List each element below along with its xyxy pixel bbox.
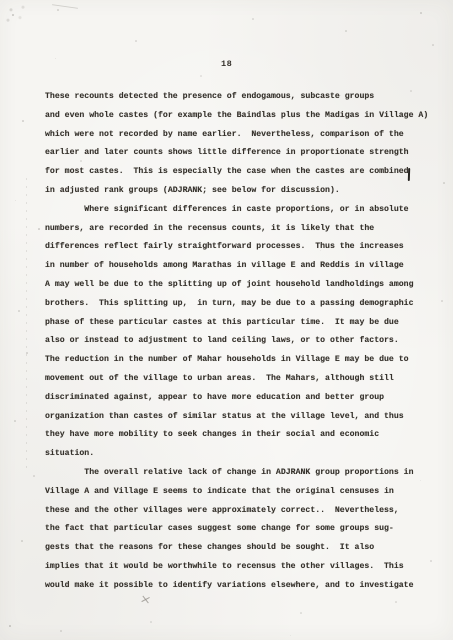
text-line: differences reflect fairly straightforwa… <box>45 238 437 257</box>
text-line: discriminated against, appear to have mo… <box>45 389 437 408</box>
ink-smudge <box>140 595 150 605</box>
text-line: these and the other villages were approx… <box>45 502 437 521</box>
text-line: situation. <box>45 445 437 464</box>
text-line: These recounts detected the presence of … <box>45 88 437 107</box>
text-line: earlier and later counts shows little di… <box>45 144 437 163</box>
text-line: they have more mobility to seek changes … <box>45 426 437 445</box>
scan-margin-artifact-line <box>26 178 27 473</box>
text-line: gests that the reasons for these changes… <box>45 539 437 558</box>
scan-streak <box>52 4 78 9</box>
text-line: The overall relative lack of change in A… <box>45 464 437 483</box>
text-line: would make it possible to identify varia… <box>45 577 437 596</box>
text-line: implies that it would be worthwhile to r… <box>45 558 437 577</box>
text-line: A may well be due to the splitting up of… <box>45 276 437 295</box>
text-line: numbers, are recorded in the recensus co… <box>45 220 437 239</box>
text-line: movement out of the village to urban are… <box>45 370 437 389</box>
scanned-document-page: 18 These recounts detected the presence … <box>0 0 453 640</box>
body-text: These recounts detected the presence of … <box>45 88 437 596</box>
scan-corner-noise <box>2 2 32 28</box>
text-line: also or instead to adjustment to land ce… <box>45 332 437 351</box>
page-number: 18 <box>221 59 232 69</box>
text-line: The reduction in the number of Mahar hou… <box>45 351 437 370</box>
text-line: Village A and Village E seems to indicat… <box>45 483 437 502</box>
text-line: and even whole castes (for example the B… <box>45 107 437 126</box>
text-line: phase of these particular castes at this… <box>45 314 437 333</box>
text-line: organization than castes of similar stat… <box>45 408 437 427</box>
text-line: in adjusted rank groups (ADJRANK; see be… <box>45 182 437 201</box>
text-line: for most castes. This is especially the … <box>45 163 437 182</box>
text-line: brothers. This splitting up, in turn, ma… <box>45 295 437 314</box>
text-line: Where significant differences in caste p… <box>45 201 437 220</box>
text-line: in number of households among Marathas i… <box>45 257 437 276</box>
text-line: the fact that particular cases suggest s… <box>45 520 437 539</box>
text-line: which were not recorded by name earlier.… <box>45 126 437 145</box>
